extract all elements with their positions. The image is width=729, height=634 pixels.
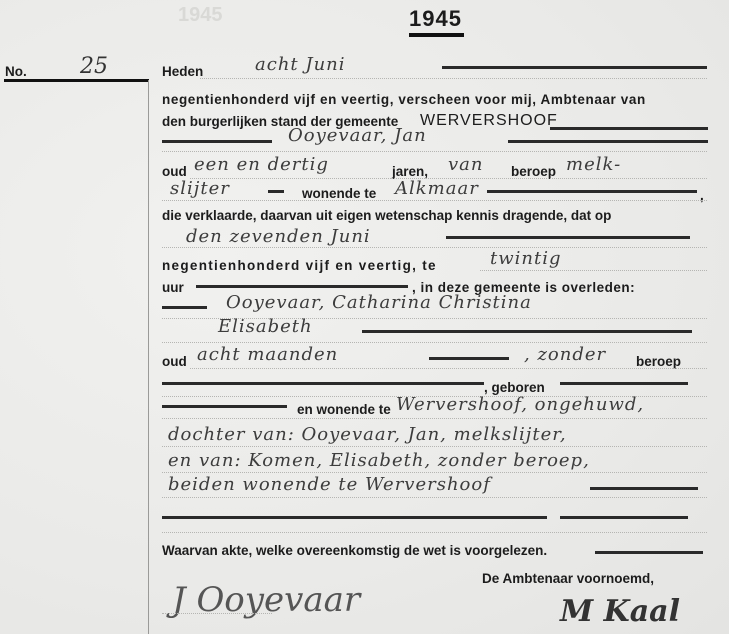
printed-line-9: negentienhonderd vijf en veertig, te [162,258,437,273]
dotted-line [480,270,707,271]
wonende-label: wonende te [302,186,376,201]
margin-rule [148,80,149,634]
fill-line [429,357,509,360]
van-handwritten: van [448,154,484,175]
fill-line [487,190,697,193]
fill-line [442,66,707,69]
printed-line-2: negentienhonderd vijf en veertig, versch… [162,92,646,107]
fill-line [196,285,408,288]
uur-label: uur [162,280,184,295]
number-underline [4,79,149,82]
oud-label-2: oud [162,354,187,369]
official-signature: M Kaal [560,594,680,629]
dotted-line [162,472,707,473]
deceased-age: acht maanden [197,344,338,365]
dotted-line [162,446,707,447]
beroep-label-2: beroep [636,354,681,369]
municipality-name: WERVERSHOOF [420,112,558,130]
dotted-line [162,497,707,498]
bleed-through-year: 1945 [178,4,223,27]
deceased-residence: Wervershoof, ongehuwd, [396,394,644,415]
heden-label: Heden [162,64,203,79]
dotted-line [162,151,707,152]
oud-label: oud [162,164,187,179]
closing-statement: Waarvan akte, welke overeenkomstig de we… [162,543,547,558]
fill-line [508,140,708,143]
fill-line [446,236,690,239]
fill-line [162,516,547,519]
wonende-label-2: en wonende te [297,402,391,417]
fill-line [362,330,692,333]
declarant-age: een en dertig [194,154,329,175]
printed-line-7: die verklaarde, daarvan uit eigen wetens… [162,208,611,223]
fill-line [595,551,703,554]
dotted-line [162,200,707,201]
declarant-name: Ooyevaar, Jan [288,125,427,146]
parents-residence: beiden wonende te Wervershoof [168,474,491,495]
death-date-handwritten: den zevenden Juni [186,226,371,247]
jaren-label: jaren, [392,164,428,179]
deceased-name: Ooyevaar, Catharina Christina [226,292,532,313]
fill-line [162,382,484,385]
date-handwritten: acht Juni [255,54,346,75]
register-page: 1945 1945 No. 25 Heden acht Juni negenti… [0,0,729,634]
declarant-signature: J Ooyevaar [172,580,360,620]
declarant-profession-cont: slijter [170,178,230,199]
geboren-label: , geboren [484,380,545,395]
fill-line [162,306,207,309]
fill-line [560,382,688,385]
dotted-line [162,613,272,614]
dotted-line [190,368,707,369]
register-year: 1945 [409,6,462,32]
declarant-profession: melk- [566,154,621,175]
zonder-handwritten: , zonder [524,344,606,365]
fill-line [268,190,284,193]
year-underline [409,33,464,37]
fill-line [162,405,287,408]
dotted-line [162,247,707,248]
fill-line [162,140,272,143]
certificate-number: 25 [80,54,108,79]
fill-line [590,487,698,490]
fill-line [550,127,708,130]
deceased-name-cont: Elisabeth [218,316,313,337]
official-caption: De Ambtenaar voornoemd, [482,571,654,586]
number-label: No. [5,64,27,79]
dotted-line [162,532,707,533]
dotted-line [200,78,707,79]
fill-line [560,516,688,519]
dotted-line [162,418,707,419]
beroep-label: beroep [511,164,556,179]
dotted-line [162,342,707,343]
declarant-residence: Alkmaar [395,178,479,199]
mother-details: en van: Komen, Elisabeth, zonder beroep, [168,450,590,471]
father-details: dochter van: Ooyevaar, Jan, melkslijter, [168,424,567,445]
death-hour-handwritten: twintig [490,248,562,269]
